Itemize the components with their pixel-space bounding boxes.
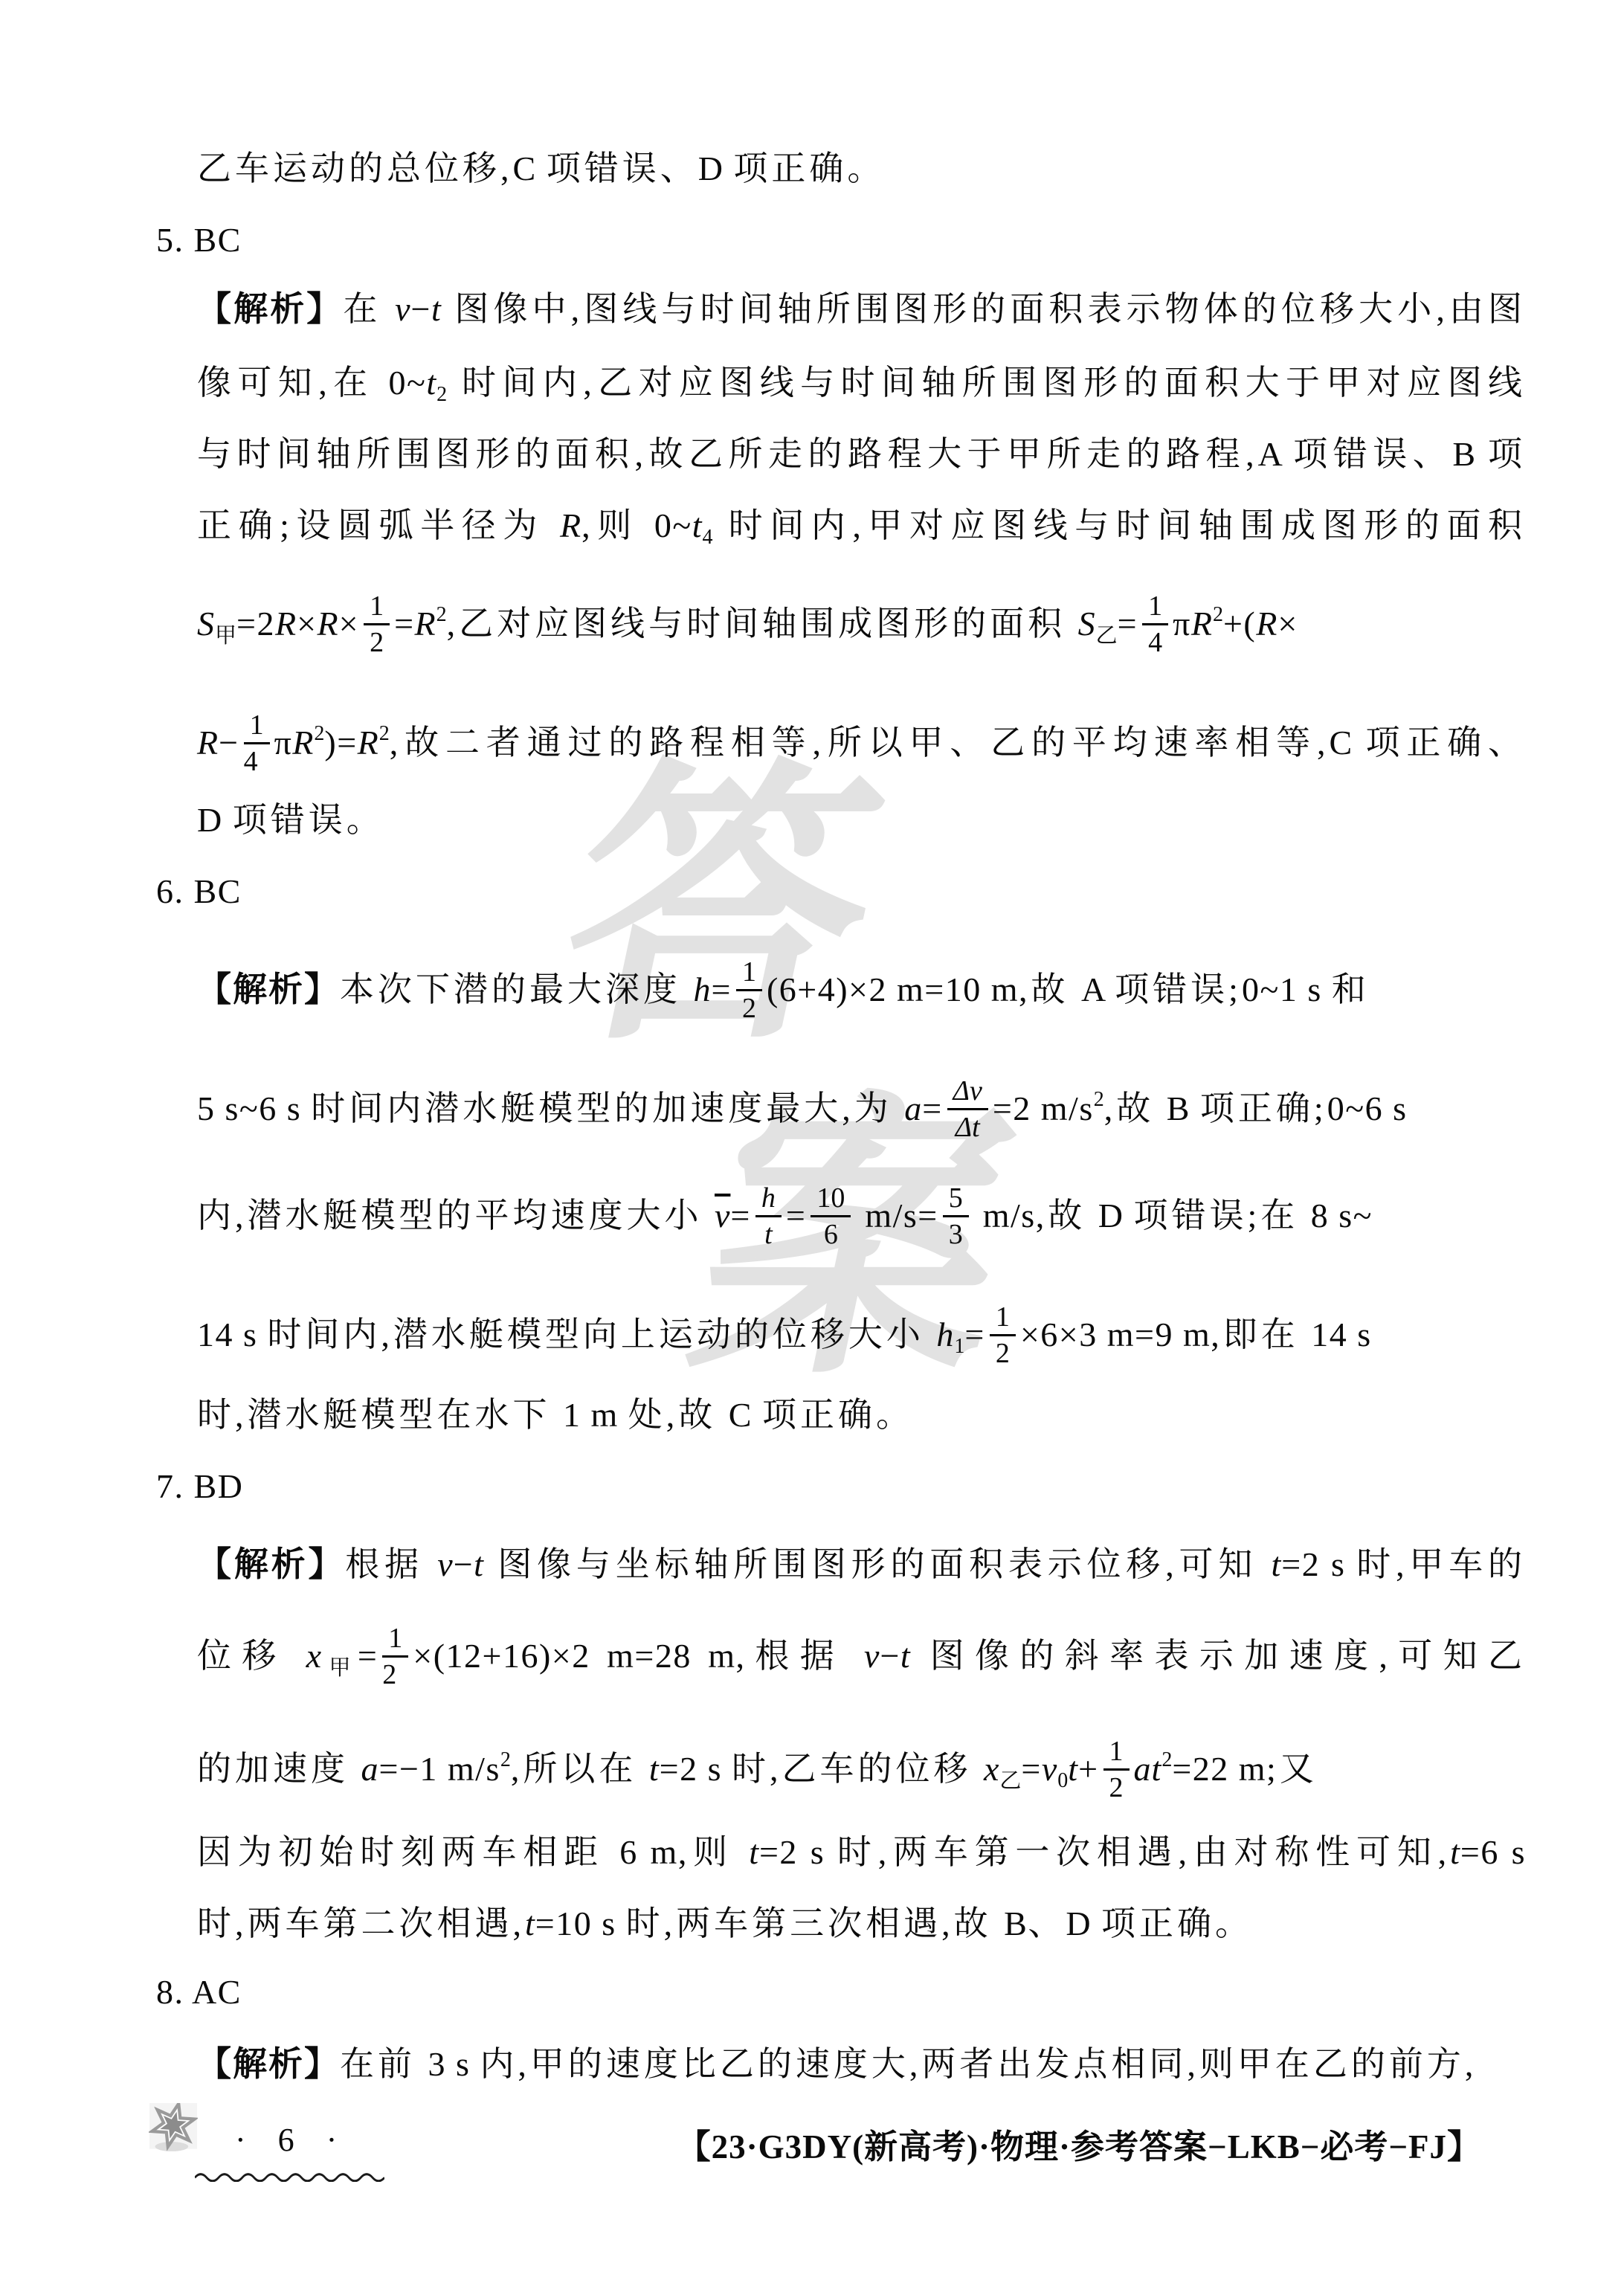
math-variable: v xyxy=(437,1545,453,1583)
text-cjk: 项正确。 xyxy=(762,1396,914,1434)
subscript: 0 xyxy=(1057,1769,1068,1792)
fraction-numerator: 1 xyxy=(244,709,270,744)
fraction-denominator: Δt xyxy=(947,1110,988,1144)
fraction: 12 xyxy=(1103,1735,1130,1804)
solution6-line-3: 内,潜水艇模型的平均速度大小 v=ht=106 m/s=53 m/s,故 D 项… xyxy=(197,1185,1373,1254)
math-variable: S xyxy=(1078,605,1096,643)
text-cjk: ;又 xyxy=(1266,1750,1318,1788)
text-roman: B xyxy=(1167,1089,1200,1127)
text-cjk: 时,两车第二次相遇, xyxy=(197,1904,525,1942)
text-roman: 6. BC xyxy=(156,872,242,910)
text-cjk: 内,甲的速度比乙的速度大,两者出发点相同,则甲在乙的前方, xyxy=(480,2045,1477,2083)
math-variable: v xyxy=(395,290,410,328)
text-roman: 8. AC xyxy=(156,1973,242,2011)
math-variable: R xyxy=(415,605,436,643)
fraction-denominator: 2 xyxy=(1103,1771,1130,1804)
text-cjk: 图像与坐标轴所围图形的面积表示位移,可知 xyxy=(484,1545,1272,1583)
fraction-numerator: 5 xyxy=(943,1182,969,1217)
fraction-numerator: 1 xyxy=(1142,590,1168,625)
text-roman: =10 s xyxy=(535,1904,626,1942)
text-cjk: ,即在 xyxy=(1211,1316,1311,1353)
text-roman: +( xyxy=(1223,605,1256,643)
text-cjk: 时间内,乙对应图线与时间轴所围图形的面积大于甲对应图线 xyxy=(447,364,1526,402)
text-roman: × xyxy=(339,605,359,643)
text-cjk: 正确;设圆弧半径为 xyxy=(197,506,560,544)
text-roman: =6 s xyxy=(1460,1833,1526,1871)
solution6-line-5: 时,潜水艇模型在水下 1 m 处,故 C 项正确。 xyxy=(197,1393,914,1437)
solution5-line-2: 像可知,在 0~t2 时间内,乙对应图线与时间轴所围图形的面积大于甲对应图线 xyxy=(197,361,1526,417)
text-cjk: ,则 xyxy=(678,1833,749,1871)
text-roman: =2 s xyxy=(1281,1545,1356,1583)
text-roman: ×(12+16)×2 m=28 m xyxy=(413,1637,735,1675)
text-cjk: 时,两车第一次相遇,由对称性可知, xyxy=(837,1833,1450,1871)
text-roman: = xyxy=(1021,1750,1041,1788)
text-cjk: 时,两车第三次相遇,故 xyxy=(626,1904,1005,1942)
text-cjk: 项错误、 xyxy=(1293,435,1452,473)
analysis-label: 【解析】 xyxy=(197,1545,345,1583)
text-cjk: ,则 xyxy=(581,506,654,544)
math-variable: t xyxy=(426,364,436,402)
text-cjk: 和 xyxy=(1332,970,1370,1008)
text-roman: =2 s xyxy=(759,1833,837,1871)
text-roman: A xyxy=(1081,970,1115,1008)
answer-sheet-page: 答 案 乙车运动的总位移,C 项错误、D 项正确。5. BC【解析】在 v−t … xyxy=(0,0,1624,2283)
text-roman: − xyxy=(880,1637,900,1675)
subscript: 1 xyxy=(954,1335,964,1358)
math-variable: R xyxy=(358,724,379,761)
text-cjk: ,故 xyxy=(1019,970,1081,1008)
math-variable: R xyxy=(275,605,297,643)
solution7-line-5: 时,两车第二次相遇,t=10 s 时,两车第三次相遇,故 B、D 项正确。 xyxy=(197,1902,1253,1946)
math-variable: v xyxy=(1042,1750,1057,1788)
superscript: 2 xyxy=(379,722,390,745)
math-variable: t xyxy=(749,1833,759,1871)
text-roman: =22 m xyxy=(1172,1750,1266,1788)
math-variable: a xyxy=(904,1089,922,1127)
text-cjk: ,故 xyxy=(1036,1197,1098,1234)
text-cjk: 在 xyxy=(343,290,395,328)
text-cjk: 时间内潜水艇模型的加速度最大,为 xyxy=(311,1089,904,1127)
fraction: 14 xyxy=(244,709,270,778)
text-cjk: 与时间轴所围图形的面积,故乙所走的路程大于甲所走的路程, xyxy=(197,435,1258,473)
text-roman: B xyxy=(1452,435,1488,473)
solution7-line-2: 位移 x甲=12×(12+16)×2 m=28 m,根据 v−t 图像的斜率表示… xyxy=(197,1625,1526,1694)
text-roman: 8 s~ xyxy=(1311,1197,1373,1234)
text-roman: − xyxy=(411,290,431,328)
answer-item-7: 7. BD xyxy=(156,1464,243,1509)
fraction-numerator: 1 xyxy=(736,956,762,991)
text-roman: B xyxy=(1004,1904,1028,1942)
text-roman: = xyxy=(712,970,732,1008)
fraction: ht xyxy=(755,1182,782,1251)
solution5-line-4: 正确;设圆弧半径为 R,则 0~t4 时间内,甲对应图线与时间轴围成图形的面积 xyxy=(197,503,1526,560)
text-roman: D xyxy=(1066,1904,1101,1942)
answer-content: 乙车运动的总位移,C 项错误、D 项正确。5. BC【解析】在 v−t 图像中,… xyxy=(0,0,1624,2283)
solution5-line-1: 【解析】在 v−t 图像中,图线与时间轴所围图形的面积表示物体的位移大小,由图 xyxy=(197,286,1526,332)
math-variable: R xyxy=(197,724,219,761)
text-cjk: 项正确。 xyxy=(733,149,885,187)
fraction-numerator: 1 xyxy=(382,1622,408,1658)
fraction-denominator: t xyxy=(755,1217,782,1251)
text-roman: A xyxy=(1258,435,1294,473)
math-variable: t xyxy=(1450,1833,1460,1871)
text-roman: π xyxy=(1173,605,1191,643)
fraction-denominator: 2 xyxy=(364,625,390,659)
text-roman: D xyxy=(698,149,734,187)
text-cjk: 图像的斜率表示加速度,可知乙 xyxy=(911,1637,1526,1675)
fraction-denominator: 2 xyxy=(382,1658,408,1691)
text-cjk: 项错误、 xyxy=(547,149,698,187)
solution7-line-4: 因为初始时刻两车相距 6 m,则 t=2 s 时,两车第一次相遇,由对称性可知,… xyxy=(197,1830,1526,1875)
math-variable: t xyxy=(649,1750,660,1788)
answer-item-5: 5. BC xyxy=(156,218,242,263)
solution7-line-1: 【解析】根据 v−t 图像与坐标轴所围图形的面积表示位移,可知 t=2 s 时,… xyxy=(197,1542,1526,1587)
solution7-line-3: 的加速度 a=−1 m/s2,所以在 t=2 s 时,乙车的位移 x乙=v0t+… xyxy=(197,1738,1318,1807)
text-roman: (6+4)×2 m=10 m xyxy=(767,970,1019,1008)
text-cjk: 时间内,潜水艇模型向上运动的位移大小 xyxy=(267,1316,936,1353)
fraction-numerator: 1 xyxy=(990,1301,1016,1336)
subscript: 4 xyxy=(703,526,713,549)
footer-imprint: 【23·G3DY(新高考)·物理·参考答案−LKB−必考−FJ】 xyxy=(677,2119,1481,2168)
math-variable: t xyxy=(692,506,703,544)
fraction: 12 xyxy=(382,1622,408,1691)
subscript: 2 xyxy=(436,383,447,406)
text-roman: ×6×3 m=9 m xyxy=(1020,1316,1211,1353)
superscript: 2 xyxy=(1161,1748,1172,1771)
fraction-denominator: 6 xyxy=(811,1217,851,1251)
text-cjk: 本次下潜的最大深度 xyxy=(340,970,694,1008)
text-roman: 5. BC xyxy=(156,221,242,259)
text-cjk: 的加速度 xyxy=(197,1750,361,1788)
text-cjk: 、 xyxy=(1028,1904,1066,1942)
math-variable: t xyxy=(900,1637,911,1675)
text-cjk: 因为初始时刻两车相距 xyxy=(197,1833,619,1871)
text-cjk: ,所以在 xyxy=(511,1750,649,1788)
text-roman: D xyxy=(1098,1197,1134,1234)
text-roman: 1 m xyxy=(563,1396,628,1434)
math-variable: t xyxy=(474,1545,484,1583)
text-cjk: 位移 xyxy=(197,1637,306,1675)
text-roman: 0~6 s xyxy=(1327,1089,1408,1127)
text-cjk: ,根据 xyxy=(736,1637,865,1675)
text-roman: × xyxy=(1277,605,1298,643)
text-cjk: 时,乙车的位移 xyxy=(732,1750,984,1788)
math-variable: x xyxy=(306,1637,322,1675)
superscript: 2 xyxy=(314,722,324,745)
text-roman: =2 xyxy=(236,605,275,643)
superscript: 2 xyxy=(436,603,447,626)
text-roman: 14 s xyxy=(1311,1316,1371,1353)
text-cjk: 根据 xyxy=(345,1545,437,1583)
cjk-subscript: 乙 xyxy=(999,1769,1021,1793)
fraction: 12 xyxy=(736,956,762,1025)
text-roman: 3 s xyxy=(428,2045,480,2083)
cjk-subscript: 甲 xyxy=(215,624,236,648)
fraction-numerator: 10 xyxy=(811,1182,851,1217)
text-roman: 7. BD xyxy=(156,1467,243,1505)
solution5-line-6: R−14πR2)=R2,故二者通过的路程相等,所以甲、乙的平均速率相等,C 项正… xyxy=(197,712,1526,781)
fraction-denominator: 4 xyxy=(1142,625,1168,659)
text-roman: =−1 m/s xyxy=(379,1750,500,1788)
text-roman: − xyxy=(454,1545,474,1583)
fraction: ΔvΔt xyxy=(947,1075,988,1144)
text-roman: 0~ xyxy=(388,364,426,402)
text-cjk: ,故 xyxy=(1104,1089,1167,1127)
page-number: · 6 · xyxy=(235,2121,338,2159)
math-variable: h xyxy=(936,1316,954,1353)
solution6-line-4: 14 s 时间内,潜水艇模型向上运动的位移大小 h1=12×6×3 m=9 m,… xyxy=(197,1304,1372,1373)
text-cjk: 项正确; xyxy=(1200,1089,1327,1127)
fraction-denominator: 2 xyxy=(990,1336,1016,1370)
text-roman: = xyxy=(922,1089,942,1127)
solution5-line-7: D 项错误。 xyxy=(197,798,384,843)
fraction: 106 xyxy=(811,1182,851,1251)
text-cjk: ,故二者通过的路程相等,所以甲、乙的平均速率相等, xyxy=(390,724,1330,761)
analysis-label: 【解析】 xyxy=(197,2044,340,2083)
text-cjk: 项正确。 xyxy=(1101,1904,1253,1942)
solution6-line-1: 【解析】本次下潜的最大深度 h=12(6+4)×2 m=10 m,故 A 项错误… xyxy=(197,959,1370,1028)
text-roman: D xyxy=(197,801,233,839)
text-roman: = xyxy=(358,1637,378,1675)
math-variable: t xyxy=(1271,1545,1281,1583)
math-variable: R xyxy=(1256,605,1277,643)
text-roman: m/s xyxy=(973,1197,1036,1234)
text-cjk: 像可知,在 xyxy=(197,364,388,402)
text-cjk: 图像中,图线与时间轴所围图形的面积表示物体的位移大小,由图 xyxy=(442,290,1526,328)
text-roman: 6 m xyxy=(619,1833,678,1871)
math-variable: S xyxy=(197,605,215,643)
text-roman: C xyxy=(1329,724,1365,761)
fraction-numerator: 1 xyxy=(1103,1735,1130,1771)
solution5-line-5: S甲=2R×R×12=R2,乙对应图线与时间轴围成图形的面积 S乙=14πR2+… xyxy=(197,593,1298,662)
analysis-label: 【解析】 xyxy=(197,289,343,328)
text-roman: − xyxy=(219,724,239,761)
text-roman: =2 s xyxy=(660,1750,732,1788)
fraction-denominator: 3 xyxy=(943,1217,969,1251)
text-cjk: 项错误;在 xyxy=(1133,1197,1310,1234)
text-roman: = xyxy=(1118,605,1138,643)
math-variable: t xyxy=(525,1904,535,1942)
text-roman: × xyxy=(297,605,317,643)
fraction-numerator: 1 xyxy=(364,590,390,625)
fraction-denominator: 4 xyxy=(244,744,270,778)
text-cjk: 时,甲车的 xyxy=(1356,1545,1526,1583)
star-icon xyxy=(149,2103,198,2152)
text-roman: =2 m/s xyxy=(993,1089,1094,1127)
superscript: 2 xyxy=(1213,603,1223,626)
math-variable: R xyxy=(560,506,581,544)
fraction: 12 xyxy=(364,590,390,659)
text-cjk: 时间内,甲对应图线与时间轴围成图形的面积 xyxy=(713,506,1526,544)
text-roman: 0~1 s xyxy=(1242,970,1332,1008)
text-cjk: 时,潜水艇模型在水下 xyxy=(197,1396,563,1434)
text-roman: = xyxy=(730,1197,750,1234)
text-cjk: 处,故 xyxy=(628,1396,729,1434)
text-cjk: 在前 xyxy=(340,2045,428,2083)
solution6-line-2: 5 s~6 s 时间内潜水艇模型的加速度最大,为 a=ΔvΔt=2 m/s2,故… xyxy=(197,1078,1408,1147)
cjk-subscript: 甲 xyxy=(322,1656,358,1680)
math-variable: x xyxy=(984,1750,999,1788)
text-roman: 14 s xyxy=(197,1316,267,1353)
math-variable: t xyxy=(1068,1750,1078,1788)
text-roman: = xyxy=(786,1197,806,1234)
text-roman: )= xyxy=(324,724,357,761)
text-cjk: 项错误。 xyxy=(233,801,384,839)
text-cjk: 项 xyxy=(1488,435,1526,473)
analysis-label: 【解析】 xyxy=(197,970,340,1008)
text-roman: + xyxy=(1078,1750,1098,1788)
overbar-variable: v xyxy=(715,1197,730,1234)
math-variable: R xyxy=(318,605,339,643)
text-roman: = xyxy=(394,605,414,643)
math-variable: a xyxy=(361,1750,379,1788)
solution8-line-1: 【解析】在前 3 s 内,甲的速度比乙的速度大,两者出发点相同,则甲在乙的前方, xyxy=(197,2041,1477,2087)
text-cjk: 项错误; xyxy=(1115,970,1242,1008)
text-roman: = xyxy=(964,1316,985,1353)
text-roman: 5 s~6 s xyxy=(197,1089,311,1127)
math-variable: h xyxy=(694,970,712,1008)
fraction: 14 xyxy=(1142,590,1168,659)
wavy-underline xyxy=(195,2170,384,2182)
text-cjk: 内,潜水艇模型的平均速度大小 xyxy=(197,1197,715,1234)
math-variable: v xyxy=(864,1637,880,1675)
answer-item-6: 6. BC xyxy=(156,869,242,914)
fraction: 53 xyxy=(943,1182,969,1251)
fraction-numerator: Δv xyxy=(947,1075,988,1110)
superscript: 2 xyxy=(500,1748,511,1771)
fraction-denominator: 2 xyxy=(736,991,762,1025)
fraction: 12 xyxy=(990,1301,1016,1370)
math-variable: t xyxy=(431,290,442,328)
text-roman: 0~ xyxy=(654,506,692,544)
answer4-tail-line: 乙车运动的总位移,C 项错误、D 项正确。 xyxy=(197,146,885,191)
math-variable: at xyxy=(1134,1750,1162,1788)
solution5-line-3: 与时间轴所围图形的面积,故乙所走的路程大于甲所走的路程,A 项错误、B 项 xyxy=(197,432,1526,477)
superscript: 2 xyxy=(1094,1088,1104,1111)
text-cjk: ,乙对应图线与时间轴围成图形的面积 xyxy=(447,605,1078,643)
text-roman: C xyxy=(513,149,547,187)
text-cjk: 乙车运动的总位移, xyxy=(197,149,513,187)
text-roman: m/s= xyxy=(855,1197,938,1234)
cjk-subscript: 乙 xyxy=(1096,624,1118,648)
math-variable: R xyxy=(1191,605,1213,643)
fraction-numerator: h xyxy=(755,1182,782,1217)
text-roman: π xyxy=(274,724,293,761)
math-variable: R xyxy=(292,724,314,761)
answer-item-8: 8. AC xyxy=(156,1970,242,2015)
text-roman: C xyxy=(729,1396,762,1434)
text-cjk: 项正确、 xyxy=(1365,724,1526,761)
